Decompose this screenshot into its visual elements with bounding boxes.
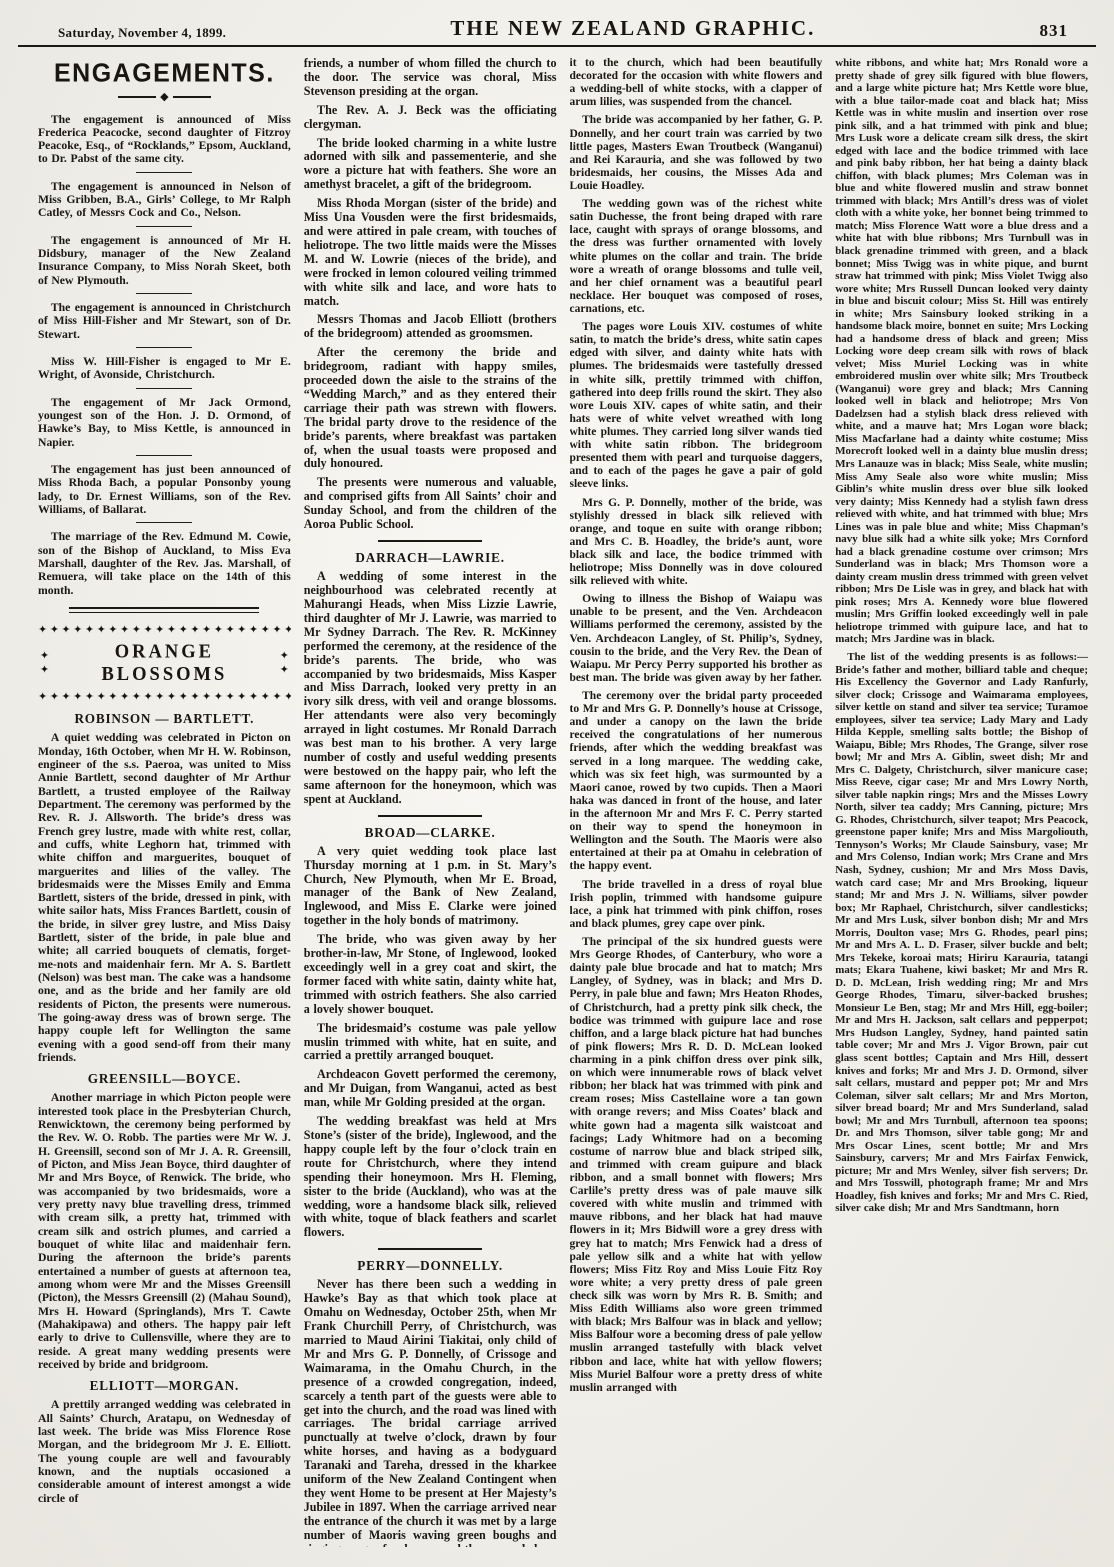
article-paragraph: The pages wore Louis XIV. costumes of wh… bbox=[570, 321, 823, 491]
issue-date: Saturday, November 4, 1899. bbox=[58, 25, 226, 41]
article-paragraph: The bride looked charming in a white lus… bbox=[304, 137, 557, 193]
ornamental-cross-border: ✦✦ bbox=[278, 650, 291, 678]
paragraph-divider-rule bbox=[136, 347, 192, 348]
article-paragraph: The engagement is announced in Nelson of… bbox=[38, 180, 291, 220]
article-paragraph: The engagement is announced of Mr H. Did… bbox=[38, 234, 291, 287]
column-4: white ribbons, and white hat; Mrs Ronald… bbox=[835, 57, 1088, 1547]
article-paragraph: The bridesmaid’s costume was pale yellow… bbox=[304, 1022, 557, 1064]
newspaper-page: Saturday, November 4, 1899. THE NEW ZEAL… bbox=[0, 0, 1114, 1567]
article-paragraph: The list of the wedding presents is as f… bbox=[835, 651, 1088, 1215]
wedding-subheading: PERRY—DONNELLY. bbox=[304, 1258, 557, 1273]
paragraph-divider-rule bbox=[136, 388, 192, 389]
newspaper-title: THE NEW ZEALAND GRAPHIC. bbox=[450, 16, 815, 41]
article-paragraph: Never has there been such a wedding in H… bbox=[304, 1278, 557, 1547]
article-paragraph: A very quiet wedding took place last Thu… bbox=[304, 845, 557, 928]
masthead: Saturday, November 4, 1899. THE NEW ZEAL… bbox=[18, 0, 1096, 47]
article-columns: ENGAGEMENTS.◆The engagement is announced… bbox=[0, 47, 1114, 1547]
article-paragraph: After the ceremony the bride and bridegr… bbox=[304, 346, 557, 471]
ornament-line bbox=[173, 96, 211, 98]
ornamental-cross-border: ✦✦ bbox=[38, 650, 51, 678]
orange-blossoms-box: ✦✦✦✦✦✦✦✦✦✦✦✦✦✦✦✦✦✦✦✦✦✦✦✦✦✦ORANGE BLOSSOM… bbox=[38, 625, 291, 703]
paragraph-divider-rule bbox=[136, 293, 192, 294]
article-paragraph: The engagement is announced of Miss Fred… bbox=[38, 113, 291, 166]
article-paragraph: The ceremony over the bridal party proce… bbox=[570, 690, 823, 874]
article-paragraph: friends, a number of whom filled the chu… bbox=[304, 57, 557, 99]
column-1: ENGAGEMENTS.◆The engagement is announced… bbox=[38, 57, 291, 1547]
article-paragraph: A quiet wedding was celebrated in Picton… bbox=[38, 731, 291, 1064]
article-paragraph: The presents were numerous and valuable,… bbox=[304, 476, 557, 532]
wedding-subheading: DARRACH—LAWRIE. bbox=[304, 550, 557, 565]
article-paragraph: The bride was accompanied by her father,… bbox=[570, 114, 823, 193]
page-number: 831 bbox=[1039, 21, 1068, 41]
article-paragraph: Miss Rhoda Morgan (sister of the bride) … bbox=[304, 197, 557, 308]
article-paragraph: it to the church, which had been beautif… bbox=[570, 57, 823, 109]
paragraph-divider-rule bbox=[136, 455, 192, 456]
article-paragraph: Miss W. Hill-Fisher is engaged to Mr E. … bbox=[38, 355, 291, 382]
article-paragraph: white ribbons, and white hat; Mrs Ronald… bbox=[835, 57, 1088, 646]
section-heading: ENGAGEMENTS. bbox=[38, 58, 291, 88]
ornament-line bbox=[118, 96, 156, 98]
article-paragraph: The bride travelled in a dress of royal … bbox=[570, 879, 823, 931]
column-2: friends, a number of whom filled the chu… bbox=[304, 57, 557, 1547]
section-divider-rule bbox=[378, 1248, 482, 1250]
wedding-subheading: GREENSILL—BOYCE. bbox=[38, 1071, 291, 1086]
paragraph-divider-rule bbox=[136, 172, 192, 173]
article-paragraph: The marriage of the Rev. Edmund M. Cowie… bbox=[38, 530, 291, 597]
article-paragraph: A prettily arranged wedding was celebrat… bbox=[38, 1398, 291, 1505]
section-divider-rule bbox=[378, 815, 482, 817]
double-divider-rule bbox=[69, 607, 259, 613]
article-paragraph: Mrs G. P. Donnelly, mother of the bride,… bbox=[570, 497, 823, 589]
article-paragraph: The bride, who was given away by her bro… bbox=[304, 933, 557, 1016]
article-paragraph: Archdeacon Govett performed the ceremony… bbox=[304, 1068, 557, 1110]
wedding-subheading: ROBINSON — BARTLETT. bbox=[38, 711, 291, 726]
column-3: it to the church, which had been beautif… bbox=[570, 57, 823, 1547]
article-paragraph: Messrs Thomas and Jacob Elliott (brother… bbox=[304, 313, 557, 341]
diamond-icon: ◆ bbox=[160, 92, 168, 103]
wedding-subheading: ELLIOTT—MORGAN. bbox=[38, 1378, 291, 1393]
article-paragraph: The wedding breakfast was held at Mrs St… bbox=[304, 1115, 557, 1240]
article-paragraph: Another marriage in which Picton people … bbox=[38, 1091, 291, 1371]
article-paragraph: The engagement of Mr Jack Ormond, younge… bbox=[38, 396, 291, 449]
article-paragraph: The principal of the six hundred guests … bbox=[570, 936, 823, 1395]
orange-blossoms-middle: ✦✦ORANGE BLOSSOMS✦✦ bbox=[38, 636, 291, 692]
article-paragraph: A wedding of some interest in the neighb… bbox=[304, 570, 557, 806]
paragraph-divider-rule bbox=[136, 226, 192, 227]
heading-ornament-divider: ◆ bbox=[38, 92, 291, 103]
section-divider-rule bbox=[378, 540, 482, 542]
article-paragraph: Owing to illness the Bishop of Waiapu wa… bbox=[570, 593, 823, 685]
article-paragraph: The engagement is announced in Christchu… bbox=[38, 301, 291, 341]
orange-blossoms-title: ORANGE BLOSSOMS bbox=[51, 634, 278, 695]
paragraph-divider-rule bbox=[136, 522, 192, 523]
article-paragraph: The wedding gown was of the richest whit… bbox=[570, 198, 823, 316]
wedding-subheading: BROAD—CLARKE. bbox=[304, 825, 557, 840]
article-paragraph: The engagement has just been announced o… bbox=[38, 463, 291, 516]
article-paragraph: The Rev. A. J. Beck was the officiating … bbox=[304, 104, 557, 132]
